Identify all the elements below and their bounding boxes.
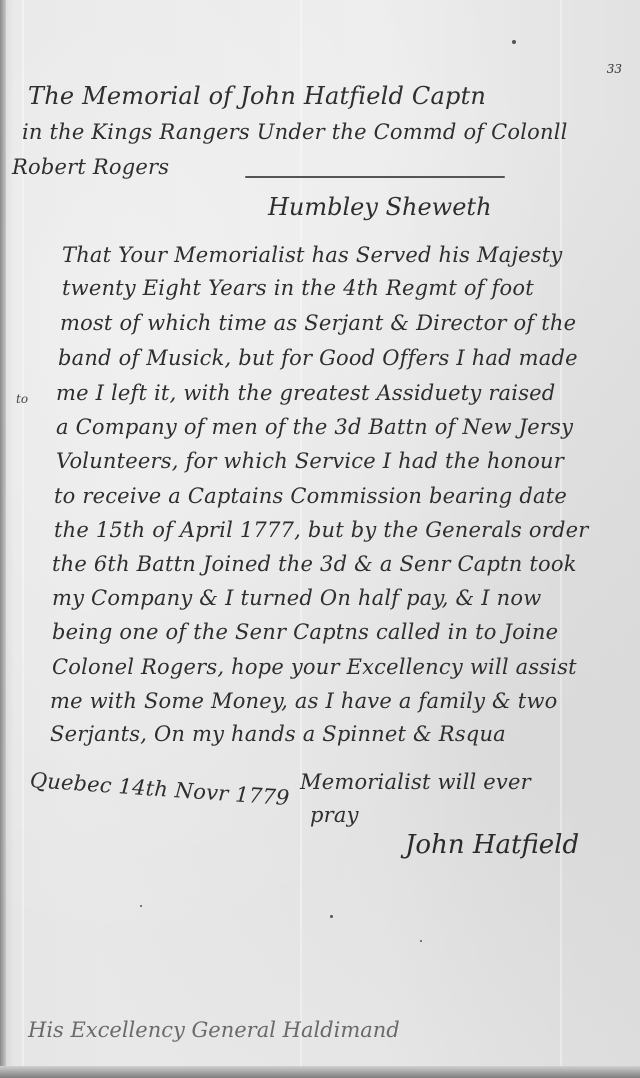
manuscript-page: 33 The Memorial of John Hatfield Captn i… xyxy=(0,0,640,1078)
body-line: twenty Eight Years in the 4th Regmt of f… xyxy=(62,276,534,300)
body-line: me I left it, with the greatest Assiduet… xyxy=(56,381,555,405)
closing-line-1: Memorialist will ever xyxy=(300,770,531,794)
title-line-1: The Memorial of John Hatfield Captn xyxy=(28,82,486,110)
addressee: His Excellency General Haldimand xyxy=(28,1018,400,1042)
body-line: band of Musick, but for Good Offers I ha… xyxy=(58,346,578,370)
body-line: a Company of men of the 3d Battn of New … xyxy=(56,415,573,439)
body-line: my Company & I turned On half pay, & I n… xyxy=(52,586,541,610)
page-left-edge xyxy=(0,0,6,1078)
page-number: 33 xyxy=(607,62,622,76)
title-line-3: Robert Rogers xyxy=(12,155,169,179)
body-line: the 15th of April 1777, but by the Gener… xyxy=(54,518,588,542)
closing-line-2: pray xyxy=(310,803,359,827)
body-line: me with Some Money, as I have a family &… xyxy=(50,689,557,713)
body-line: That Your Memorialist has Served his Maj… xyxy=(62,243,562,267)
signature: John Hatfield xyxy=(405,830,579,860)
page-bottom-edge xyxy=(0,1066,640,1078)
margin-note: to xyxy=(16,392,28,406)
ink-speck xyxy=(420,940,422,942)
body-line: most of which time as Serjant & Director… xyxy=(60,311,576,335)
body-line: Colonel Rogers, hope your Excellency wil… xyxy=(52,655,577,679)
body-line: being one of the Senr Captns called in t… xyxy=(52,620,558,644)
title-line-2: in the Kings Rangers Under the Commd of … xyxy=(22,120,568,144)
body-line: the 6th Battn Joined the 3d & a Senr Cap… xyxy=(52,552,577,576)
ink-speck xyxy=(140,905,142,907)
body-line: Serjants, On my hands a Spinnet & Rsqua xyxy=(50,722,506,746)
ink-speck xyxy=(330,915,333,918)
body-line: to receive a Captains Commission bearing… xyxy=(54,484,567,508)
body-line: Volunteers, for which Service I had the … xyxy=(56,449,564,473)
heading: Humbley Sheweth xyxy=(268,193,492,221)
place-date: Quebec 14th Novr 1779 xyxy=(29,768,290,810)
ink-speck xyxy=(512,40,516,44)
title-rule xyxy=(245,176,505,178)
